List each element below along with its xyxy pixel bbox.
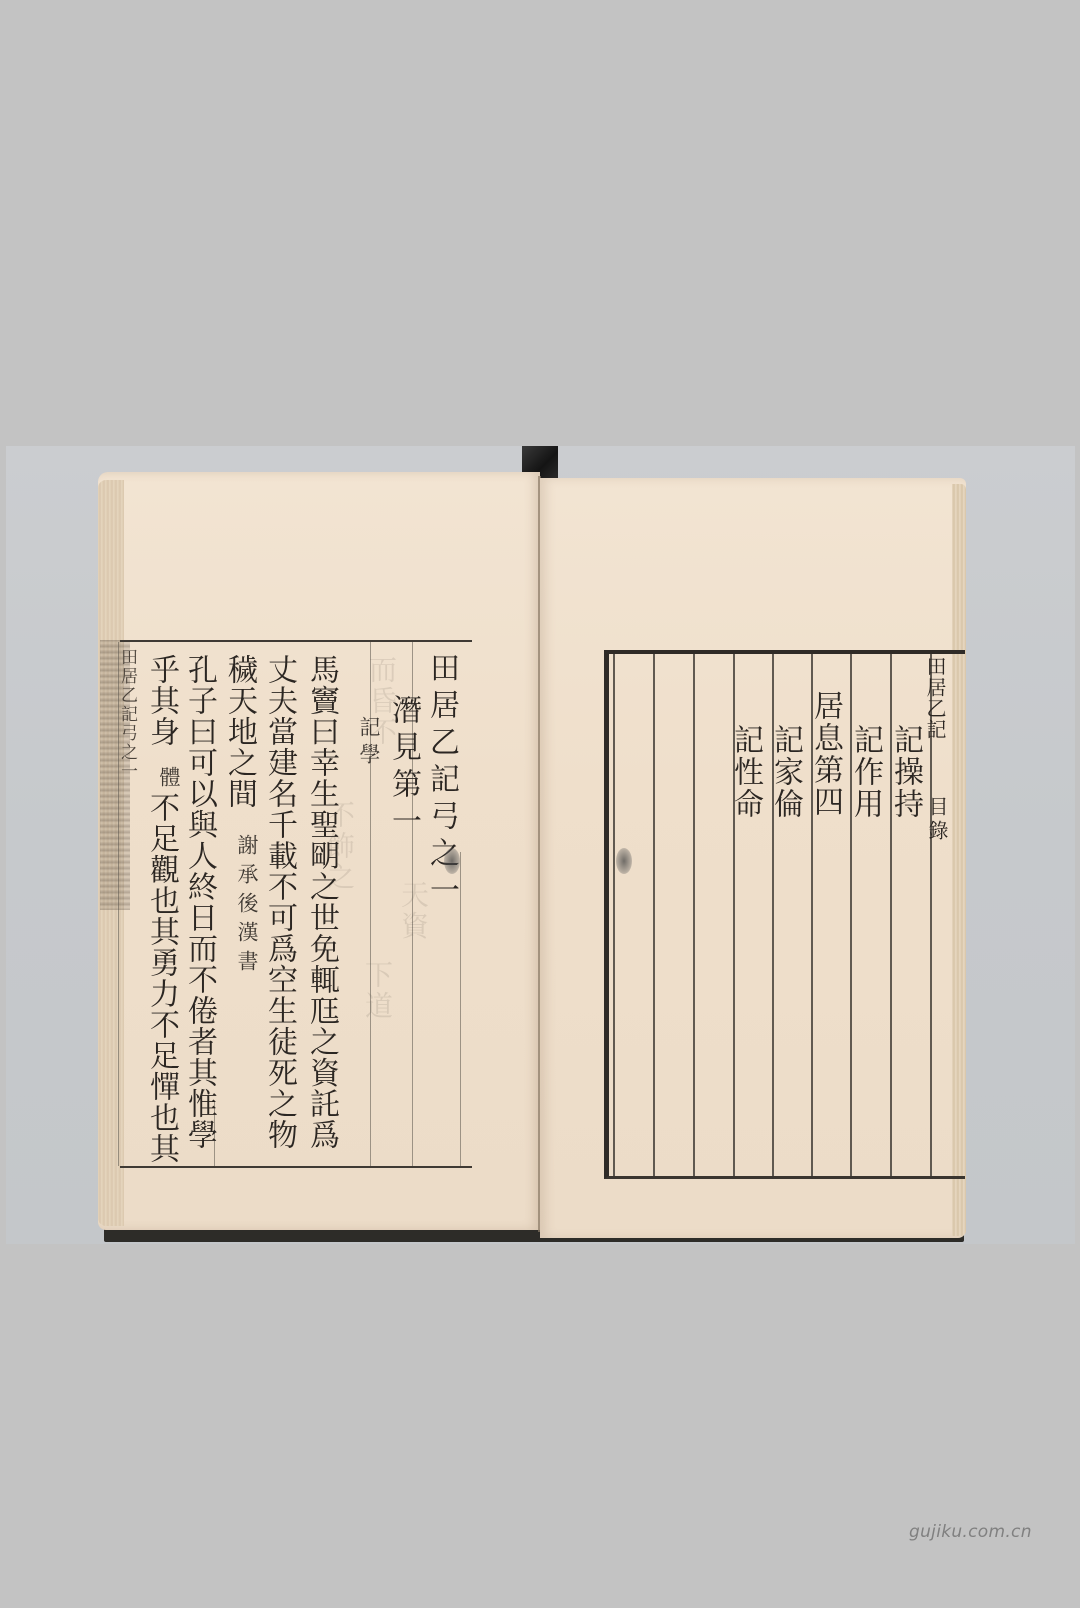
body-column: 孔子曰可以與人終日而不倦者其惟學 (182, 654, 216, 1150)
watermark: gujiku.com.cn (909, 1522, 1032, 1542)
body-column: 不足觀也其勇力不足憚也其 (144, 792, 178, 1164)
toc-entry: 記家倫 (768, 724, 802, 820)
column-rule (460, 852, 461, 1166)
body-column: 馬竇曰幸生聖朙之世免輒尫之資託爲 (304, 654, 338, 1150)
ink-stain (444, 848, 460, 874)
toc-entry: 記作用 (848, 724, 882, 820)
right-edge-heading: 田居乙記 (918, 656, 952, 740)
column-rule (693, 654, 695, 1176)
body-column: 穢天地之間 (222, 654, 256, 809)
bleed-through-text: 下道 (360, 960, 394, 1022)
ink-stain (616, 848, 632, 874)
right-edge-subheading: 目錄 (920, 796, 954, 844)
body-column: 丈夫當建名千載不可爲空生徒死之物 (262, 654, 296, 1150)
column-rule (613, 654, 615, 1176)
section-title: 記學 (352, 716, 386, 770)
column-rule (653, 654, 655, 1176)
toc-chapter: 居息第四 (808, 690, 842, 818)
chapter-title: 潛見第一 (386, 694, 420, 842)
small-character: 體 (152, 766, 186, 793)
toc-entry: 記操持 (888, 724, 922, 820)
body-column: 乎其身 (144, 654, 178, 747)
toc-entry: 記性命 (728, 724, 762, 820)
citation: 謝承後漢書 (230, 834, 264, 979)
column-rule (118, 642, 119, 1166)
